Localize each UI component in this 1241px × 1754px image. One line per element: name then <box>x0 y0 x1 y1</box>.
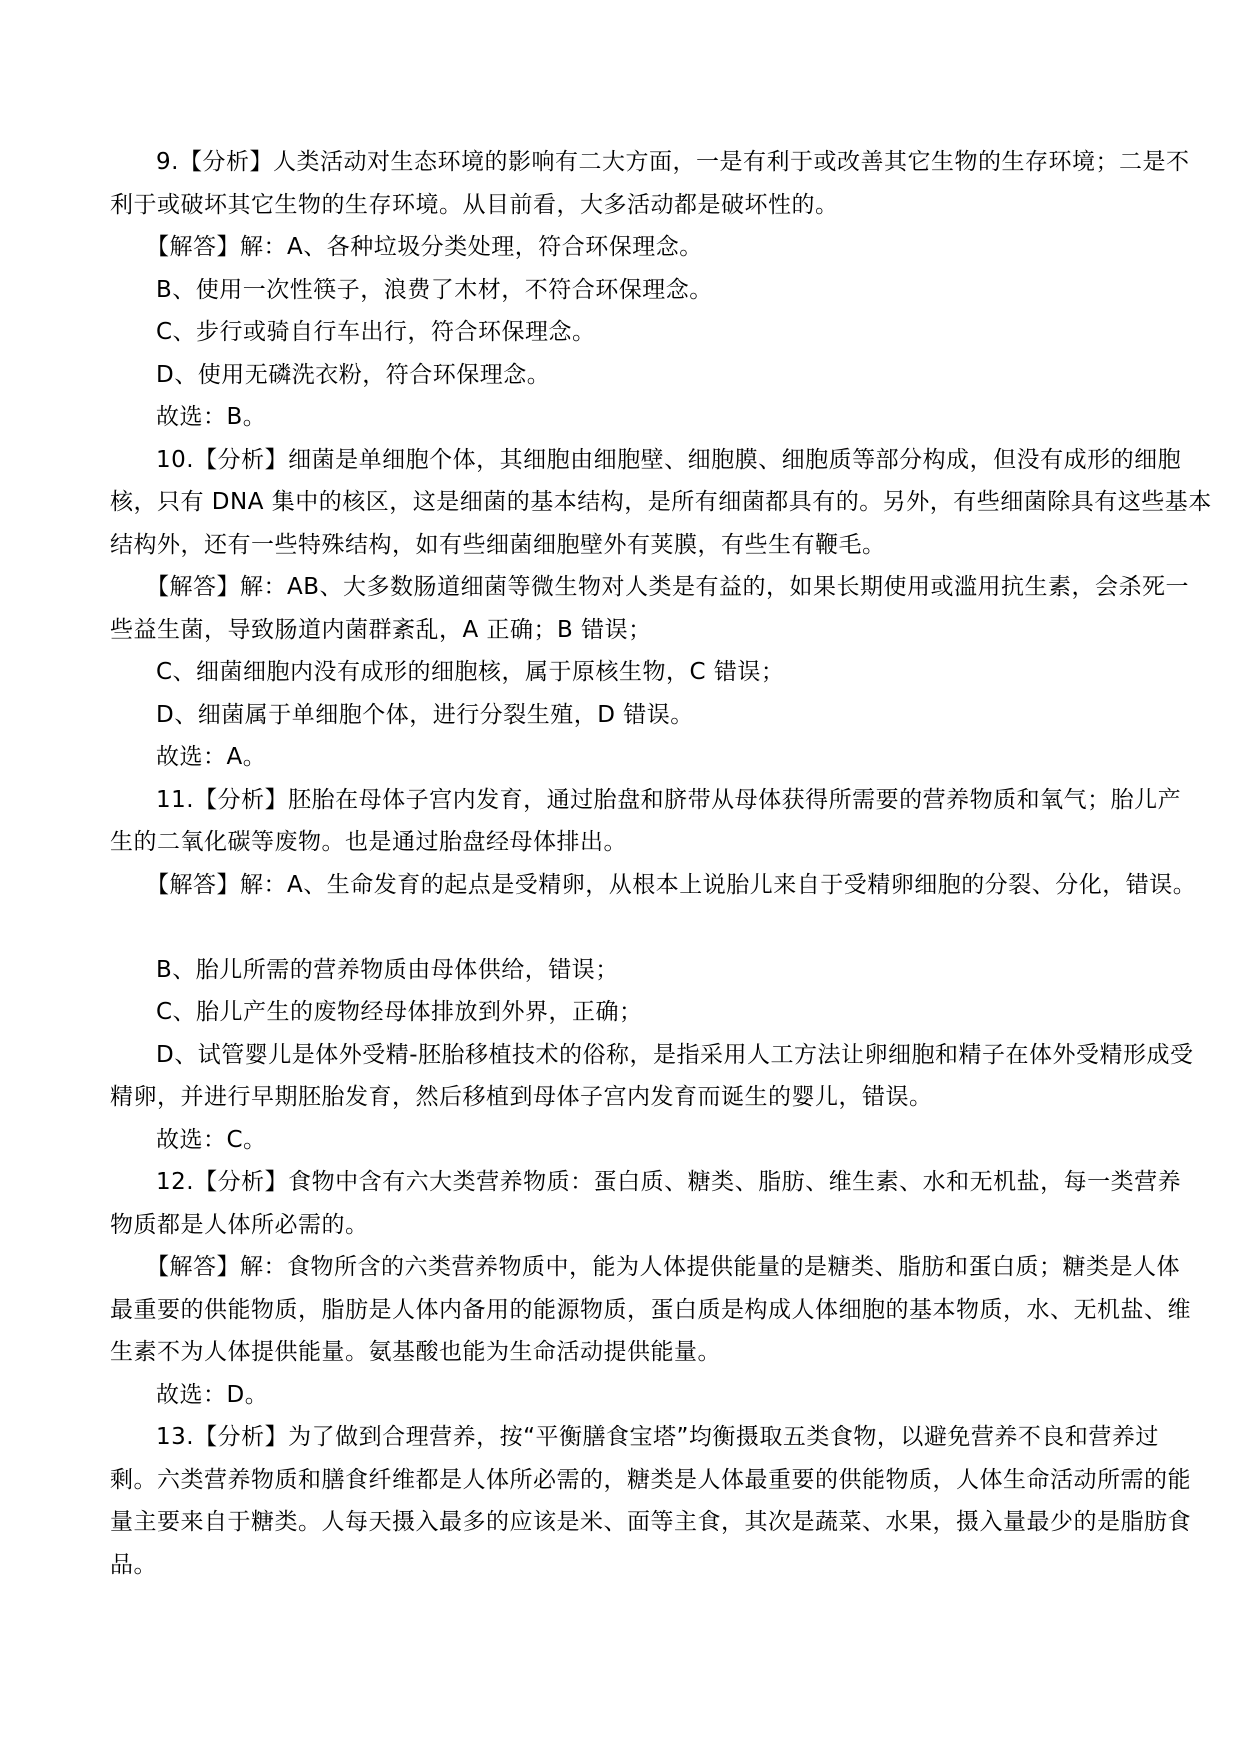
text-line: 13.【分析】为了做到合理营养，按“平衡膳食宝塔”均衡摄取五类食物，以避免营养不… <box>110 1416 1141 1459</box>
text-line: 核，只有 DNA 集中的核区，这是细菌的基本结构，是所有细菌都具有的。另外，有些… <box>110 481 1141 524</box>
text-line: 10.【分析】细菌是单细胞个体，其细胞由细胞壁、细胞膜、细胞质等部分构成，但没有… <box>110 439 1141 482</box>
text-line: 故选：C。 <box>110 1119 1141 1162</box>
text-line: 故选：B。 <box>110 396 1141 439</box>
text-line: 生的二氧化碳等废物。也是通过胎盘经母体排出。 <box>110 821 1141 864</box>
text-line: 故选：A。 <box>110 736 1141 779</box>
text-line: D、细菌属于单细胞个体，进行分裂生殖，D 错误。 <box>110 694 1141 737</box>
text-line: B、胎儿所需的营养物质由母体供给，错误； <box>110 949 1141 992</box>
text-line: 精卵，并进行早期胚胎发育，然后移植到母体子宫内发育而诞生的婴儿，错误。 <box>110 1076 1141 1119</box>
blank-line <box>110 906 1141 949</box>
text-line: 剩。六类营养物质和膳食纤维都是人体所必需的，糖类是人体最重要的供能物质，人体生命… <box>110 1459 1141 1502</box>
text-line: 【解答】解：A、生命发育的起点是受精卵，从根本上说胎儿来自于受精卵细胞的分裂、分… <box>110 864 1141 907</box>
text-line: 量主要来自于糖类。人每天摄入最多的应该是米、面等主食，其次是蔬菜、水果，摄入量最… <box>110 1501 1141 1544</box>
text-line: B、使用一次性筷子，浪费了木材，不符合环保理念。 <box>110 269 1141 312</box>
text-line: 【解答】解：A、各种垃圾分类处理，符合环保理念。 <box>110 226 1141 269</box>
text-line: 些益生菌，导致肠道内菌群紊乱，A 正确；B 错误； <box>110 609 1141 652</box>
document-page: 9.【分析】人类活动对生态环境的影响有二大方面，一是有利于或改善其它生物的生存环… <box>0 0 1241 1754</box>
text-line: D、使用无磷洗衣粉，符合环保理念。 <box>110 354 1141 397</box>
text-line: D、试管婴儿是体外受精-胚胎移植技术的俗称，是指采用人工方法让卵细胞和精子在体外… <box>110 1034 1141 1077</box>
text-line: 利于或破坏其它生物的生存环境。从目前看，大多活动都是破坏性的。 <box>110 184 1141 227</box>
text-line: C、步行或骑自行车出行，符合环保理念。 <box>110 311 1141 354</box>
text-line: 物质都是人体所必需的。 <box>110 1204 1141 1247</box>
text-line: C、细菌细胞内没有成形的细胞核，属于原核生物，C 错误； <box>110 651 1141 694</box>
text-line: 12.【分析】食物中含有六大类营养物质：蛋白质、糖类、脂肪、维生素、水和无机盐，… <box>110 1161 1141 1204</box>
text-line: 结构外，还有一些特殊结构，如有些细菌细胞壁外有荚膜，有些生有鞭毛。 <box>110 524 1141 567</box>
text-line: 9.【分析】人类活动对生态环境的影响有二大方面，一是有利于或改善其它生物的生存环… <box>110 141 1141 184</box>
document-body: 9.【分析】人类活动对生态环境的影响有二大方面，一是有利于或改善其它生物的生存环… <box>110 141 1141 1586</box>
text-line: 品。 <box>110 1544 1141 1587</box>
text-line: 生素不为人体提供能量。氨基酸也能为生命活动提供能量。 <box>110 1331 1141 1374</box>
text-line: 故选：D。 <box>110 1374 1141 1417</box>
text-line: 【解答】解：食物所含的六类营养物质中，能为人体提供能量的是糖类、脂肪和蛋白质；糖… <box>110 1246 1141 1289</box>
text-line: 最重要的供能物质，脂肪是人体内备用的能源物质，蛋白质是构成人体细胞的基本物质，水… <box>110 1289 1141 1332</box>
text-line: 11.【分析】胚胎在母体子宫内发育，通过胎盘和脐带从母体获得所需要的营养物质和氧… <box>110 779 1141 822</box>
text-line: 【解答】解：AB、大多数肠道细菌等微生物对人类是有益的，如果长期使用或滥用抗生素… <box>110 566 1141 609</box>
text-line: C、胎儿产生的废物经母体排放到外界，正确； <box>110 991 1141 1034</box>
